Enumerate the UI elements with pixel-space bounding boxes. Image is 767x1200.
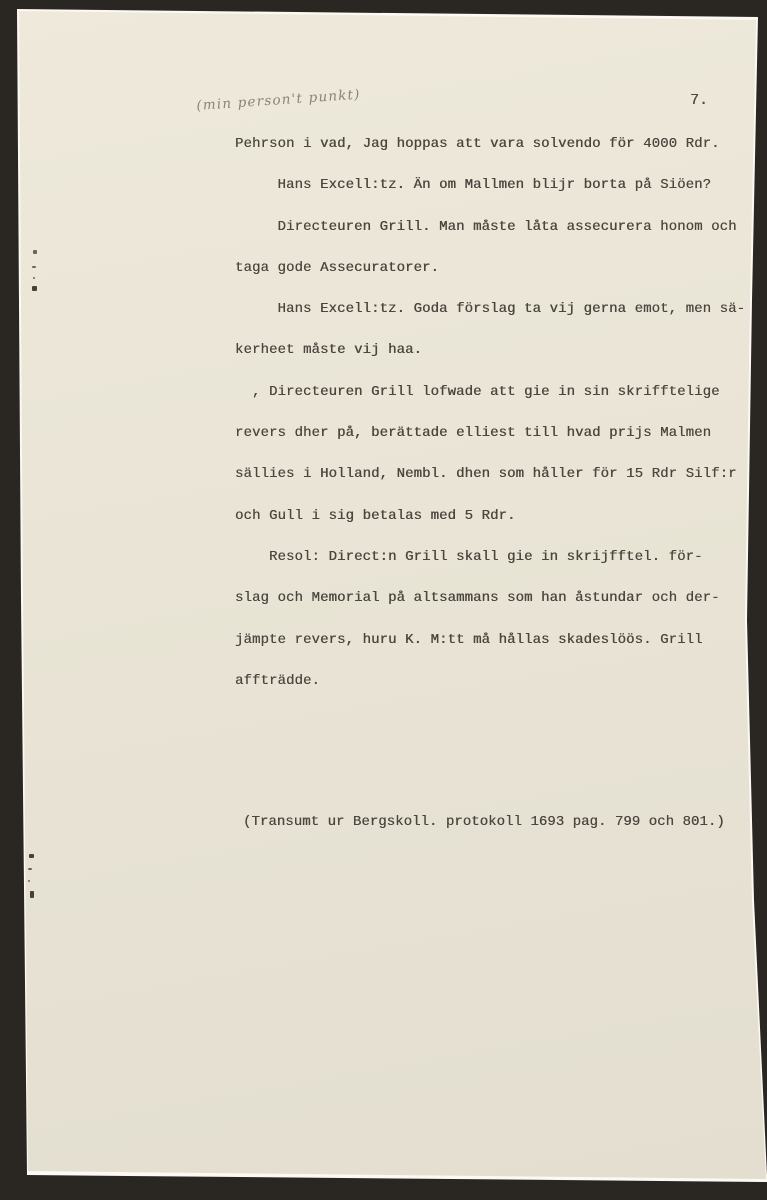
paper-speck <box>32 266 36 268</box>
paper-sheet: 7. (min person't punkt) Pehrson i vad, J… <box>0 0 767 1200</box>
transcript-source-note: (Transumt ur Bergskoll. protokoll 1693 p… <box>243 814 725 830</box>
text-line: taga gode Assecuratorer. <box>235 248 745 289</box>
paper-speck <box>33 250 37 254</box>
paper-speck <box>30 891 34 898</box>
text-line: Directeuren Grill. Man måste låta assecu… <box>235 207 745 248</box>
page-number: 7. <box>690 92 708 109</box>
text-line: kerheet måste vij haa. <box>235 330 745 371</box>
text-line: Hans Excell:tz. Än om Mallmen blijr bort… <box>235 165 745 206</box>
text-line: affträdde. <box>235 661 745 702</box>
typewritten-text: Pehrson i vad, Jag hoppas att vara solve… <box>235 124 745 702</box>
text-line: Pehrson i vad, Jag hoppas att vara solve… <box>235 124 745 165</box>
text-line: Hans Excell:tz. Goda förslag ta vij gern… <box>235 289 745 330</box>
paper-speck <box>28 880 30 882</box>
text-line: jämpte revers, huru K. M:tt må hållas sk… <box>235 620 745 661</box>
text-line: slag och Memorial på altsammans som han … <box>235 578 745 619</box>
handwritten-annotation: (min person't punkt) <box>196 87 361 114</box>
text-line: revers dher på, berättade elliest till h… <box>235 413 745 454</box>
paper-speck <box>28 868 32 870</box>
paper-speck <box>29 854 34 858</box>
document-photo: 7. (min person't punkt) Pehrson i vad, J… <box>0 0 767 1200</box>
text-line: Resol: Direct:n Grill skall gie in skrij… <box>235 537 745 578</box>
text-line: , Directeuren Grill lofwade att gie in s… <box>235 372 745 413</box>
text-line: och Gull i sig betalas med 5 Rdr. <box>235 496 745 537</box>
text-line: sällies i Holland, Nembl. dhen som hålle… <box>235 454 745 495</box>
paper-speck <box>32 286 37 291</box>
paper-speck <box>33 277 35 279</box>
